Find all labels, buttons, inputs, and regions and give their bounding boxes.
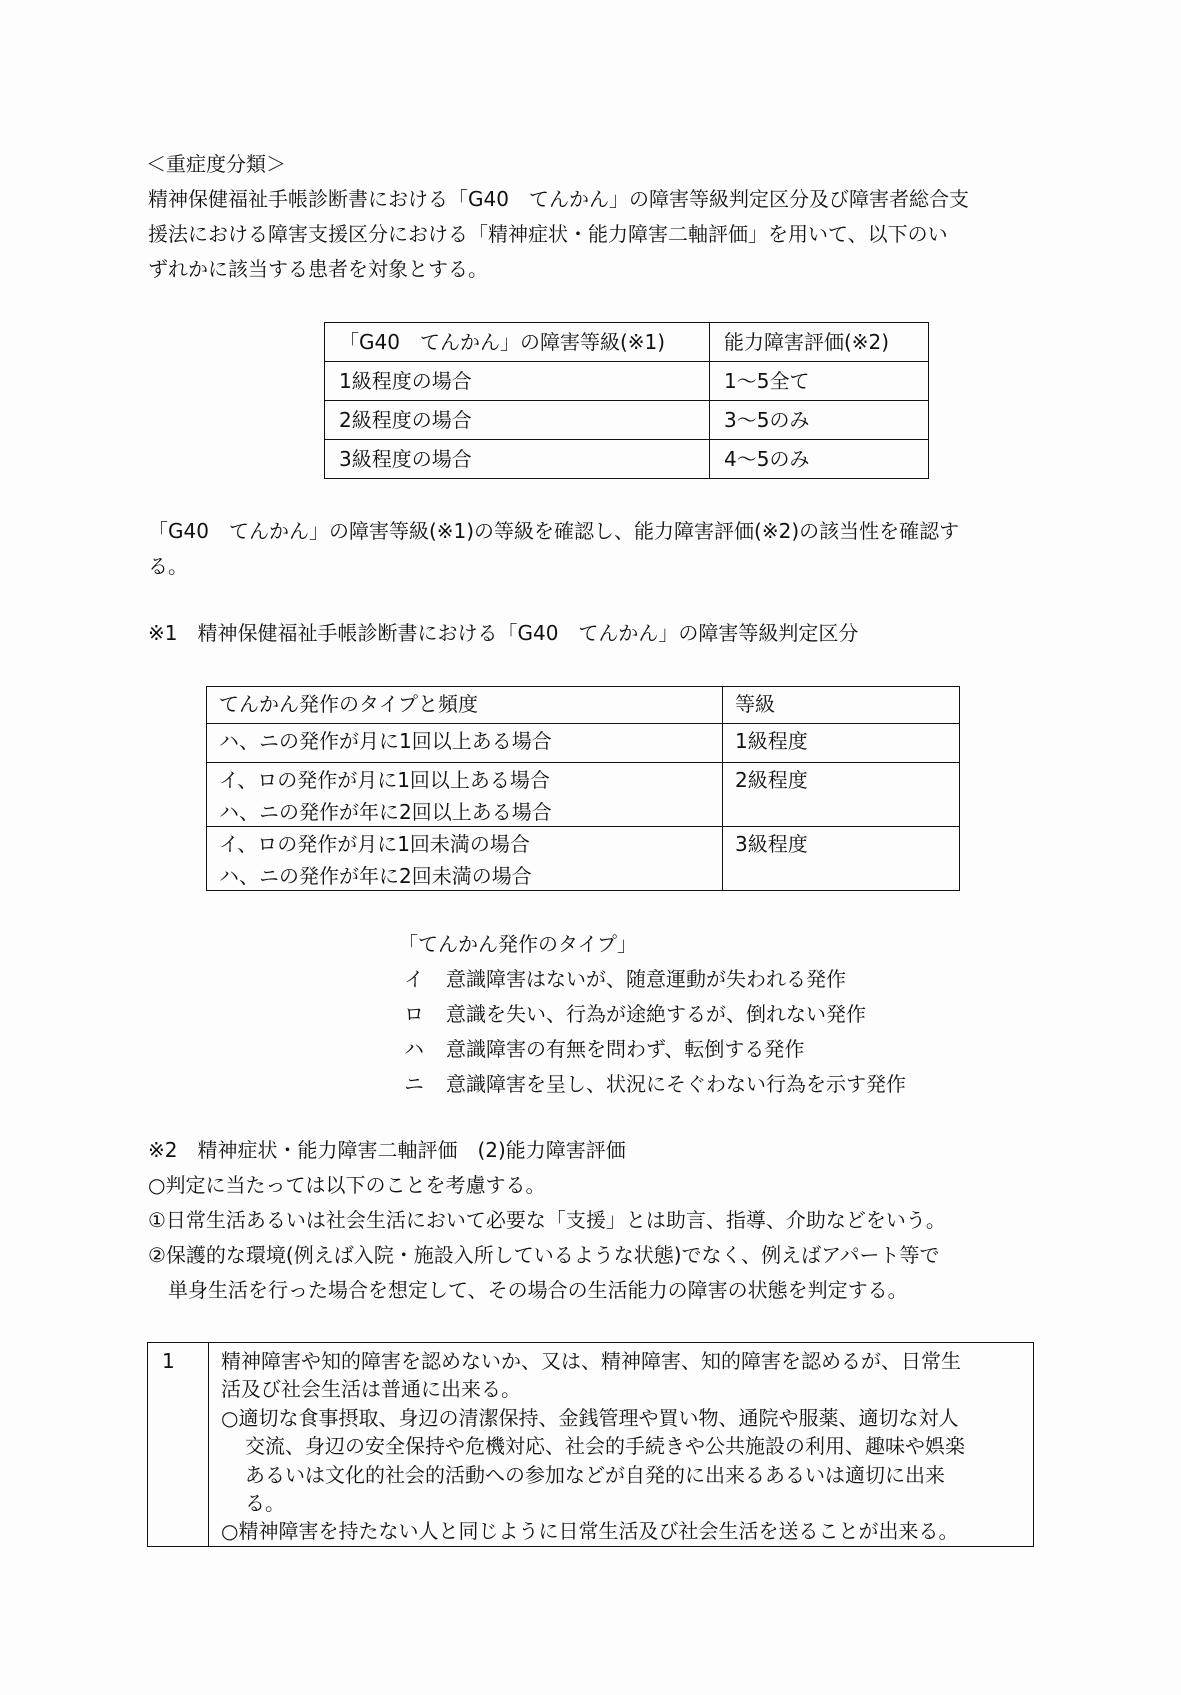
- table-header-row: てんかん発作のタイプと頻度 等級: [207, 687, 960, 724]
- seizure-type-item: ハ意識障害の有無を問わず、転倒する発作: [398, 1032, 906, 1067]
- note2-line: ○判定に当たっては以下のことを考慮する。: [148, 1168, 946, 1203]
- table-row: イ、ロの発作が月に1回未満の場合 ハ、ニの発作が年に2回未満の場合 3級程度: [207, 827, 960, 891]
- table-row: 2級程度の場合 3～5のみ: [325, 401, 929, 440]
- note2-section: ※2 精神症状・能力障害二軸評価 (2)能力障害評価 ○判定に当たっては以下のこ…: [148, 1133, 946, 1308]
- seizure-type-text: 意識障害はないが、随意運動が失われる発作: [446, 967, 846, 991]
- frequency-line: ハ、ニの発作が年に2回以上ある場合: [219, 801, 722, 823]
- seizure-grade-table: てんかん発作のタイプと頻度 等級 ハ、ニの発作が月に1回以上ある場合 1級程度 …: [206, 686, 960, 891]
- description-line: ○適切な食事摂取、身辺の清潔保持、金銭管理や買い物、通院や服薬、適切な対人: [221, 1404, 1033, 1432]
- seizure-types-list: 「てんかん発作のタイプ」 イ意識障害はないが、随意運動が失われる発作 ロ意識を失…: [398, 927, 906, 1102]
- frequency-line: ハ、ニの発作が年に2回未満の場合: [219, 865, 722, 887]
- frequency-line: イ、ロの発作が月に1回未満の場合: [219, 833, 722, 865]
- seizure-type-item: ロ意識を失い、行為が途絶するが、倒れない発作: [398, 997, 906, 1032]
- description-line: る。: [221, 1489, 1033, 1517]
- seizure-type-key: ロ: [398, 997, 446, 1032]
- table-cell: 2級程度の場合: [325, 401, 710, 440]
- seizure-type-key: ハ: [398, 1032, 446, 1067]
- confirm-paragraph: 「G40 てんかん」の障害等級(※1)の等級を確認し、能力障害評価(※2)の該当…: [148, 514, 959, 584]
- seizure-type-key: イ: [398, 962, 446, 997]
- table-cell: 4～5のみ: [710, 440, 929, 479]
- seizure-type-key: ニ: [398, 1067, 446, 1102]
- grade-ability-table: 「G40 てんかん」の障害等級(※1) 能力障害評価(※2) 1級程度の場合 1…: [324, 322, 929, 479]
- table-cell: イ、ロの発作が月に1回未満の場合 ハ、ニの発作が年に2回未満の場合: [207, 827, 723, 891]
- intro-paragraph: 精神保健福祉手帳診断書における「G40 てんかん」の障害等級判定区分及び障害者総…: [148, 182, 969, 287]
- section-heading: ＜重症度分類＞: [146, 153, 286, 175]
- seizure-types-title: 「てんかん発作のタイプ」: [398, 927, 906, 962]
- table-header: 「G40 てんかん」の障害等級(※1): [325, 323, 710, 362]
- description-line: あるいは文化的社会的活動への参加などが自発的に出来るあるいは適切に出来: [221, 1461, 1033, 1489]
- confirm-line: る。: [148, 549, 959, 584]
- table-header-row: 「G40 てんかん」の障害等級(※1) 能力障害評価(※2): [325, 323, 929, 362]
- seizure-type-text: 意識を失い、行為が途絶するが、倒れない発作: [446, 1002, 866, 1026]
- frequency-line: イ、ロの発作が月に1回以上ある場合: [219, 769, 722, 801]
- table-cell: 1級程度の場合: [325, 362, 710, 401]
- intro-line: 精神保健福祉手帳診断書における「G40 てんかん」の障害等級判定区分及び障害者総…: [148, 182, 969, 217]
- ability-level-table: 1 精神障害や知的障害を認めないか、又は、精神障害、知的障害を認めるが、日常生 …: [147, 1342, 1034, 1547]
- table-header: てんかん発作のタイプと頻度: [207, 687, 723, 724]
- grade-cell: 2級程度: [723, 763, 960, 827]
- table-cell: ハ、ニの発作が月に1回以上ある場合: [207, 724, 723, 763]
- seizure-type-item: イ意識障害はないが、随意運動が失われる発作: [398, 962, 906, 997]
- table-cell: 1～5全て: [710, 362, 929, 401]
- note2-line: ①日常生活あるいは社会生活において必要な「支援」とは助言、指導、介助などをいう。: [148, 1203, 946, 1238]
- table-header: 等級: [723, 687, 960, 724]
- frequency-line: ハ、ニの発作が月に1回以上ある場合: [219, 730, 722, 762]
- table-row: イ、ロの発作が月に1回以上ある場合 ハ、ニの発作が年に2回以上ある場合 2級程度: [207, 763, 960, 827]
- note2-title: ※2 精神症状・能力障害二軸評価 (2)能力障害評価: [148, 1133, 946, 1168]
- note1-title: ※1 精神保健福祉手帳診断書における「G40 てんかん」の障害等級判定区分: [148, 622, 858, 644]
- table-row: ハ、ニの発作が月に1回以上ある場合 1級程度: [207, 724, 960, 763]
- intro-line: ずれかに該当する患者を対象とする。: [148, 252, 969, 287]
- table-cell: 3級程度の場合: [325, 440, 710, 479]
- level-description: 精神障害や知的障害を認めないか、又は、精神障害、知的障害を認めるが、日常生 活及…: [209, 1343, 1034, 1547]
- grade-cell: 1級程度: [723, 724, 960, 763]
- table-row: 3級程度の場合 4～5のみ: [325, 440, 929, 479]
- table-header: 能力障害評価(※2): [710, 323, 929, 362]
- table-cell: イ、ロの発作が月に1回以上ある場合 ハ、ニの発作が年に2回以上ある場合: [207, 763, 723, 827]
- seizure-type-text: 意識障害を呈し、状況にそぐわない行為を示す発作: [446, 1072, 906, 1096]
- intro-line: 援法における障害支援区分における「精神症状・能力障害二軸評価」を用いて、以下のい: [148, 217, 969, 252]
- description-line: 交流、身辺の安全保持や危機対応、社会的手続きや公共施設の利用、趣味や娯楽: [221, 1432, 1033, 1460]
- description-line: 精神障害や知的障害を認めないか、又は、精神障害、知的障害を認めるが、日常生: [221, 1347, 1033, 1375]
- table-row: 1級程度の場合 1～5全て: [325, 362, 929, 401]
- grade-cell: 3級程度: [723, 827, 960, 891]
- confirm-line: 「G40 てんかん」の障害等級(※1)の等級を確認し、能力障害評価(※2)の該当…: [148, 514, 959, 549]
- description-line: ○精神障害を持たない人と同じように日常生活及び社会生活を送ることが出来る。: [221, 1517, 1033, 1545]
- table-row: 1 精神障害や知的障害を認めないか、又は、精神障害、知的障害を認めるが、日常生 …: [148, 1343, 1034, 1547]
- seizure-type-text: 意識障害の有無を問わず、転倒する発作: [446, 1037, 804, 1061]
- table-cell: 3～5のみ: [710, 401, 929, 440]
- note2-line: ②保護的な環境(例えば入院・施設入所しているような状態)でなく、例えばアパート等…: [148, 1238, 946, 1273]
- level-number: 1: [148, 1343, 209, 1547]
- seizure-type-item: ニ意識障害を呈し、状況にそぐわない行為を示す発作: [398, 1067, 906, 1102]
- note2-line: 単身生活を行った場合を想定して、その場合の生活能力の障害の状態を判定する。: [148, 1273, 946, 1308]
- description-line: 活及び社会生活は普通に出来る。: [221, 1375, 1033, 1403]
